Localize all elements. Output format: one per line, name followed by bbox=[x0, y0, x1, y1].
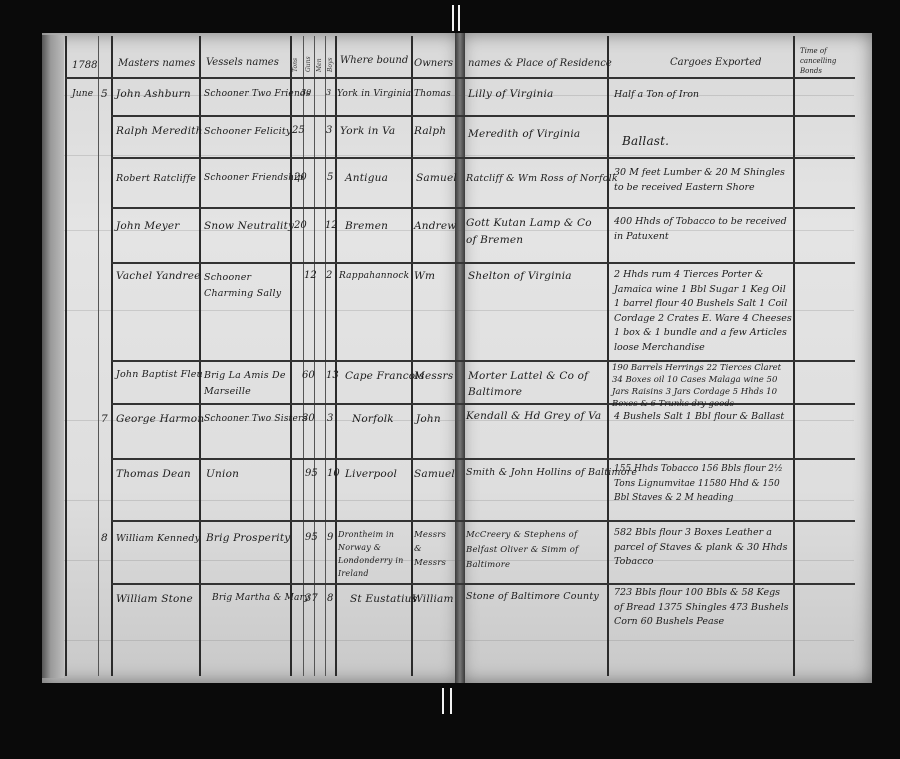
entry-owner: John bbox=[416, 413, 441, 426]
header-guns: Guns bbox=[305, 56, 312, 72]
entry-residence: Shelton of Virginia bbox=[468, 270, 572, 283]
entry-where-bound: St Eustatius bbox=[350, 593, 417, 606]
entry-owner: Thomas bbox=[414, 88, 451, 101]
entry-master: William Stone bbox=[116, 593, 193, 606]
entry-men: 13 bbox=[326, 370, 339, 381]
header-vessels-names: Vessels names bbox=[206, 57, 279, 68]
entry-where-bound: Antigua bbox=[345, 172, 388, 185]
entry-tons: 25 bbox=[292, 125, 305, 136]
bottom-frame-mark-right bbox=[450, 688, 452, 714]
entry-owner: Wm bbox=[414, 270, 435, 283]
entry-vessel: Schooner Felicity bbox=[204, 125, 291, 138]
entry-master: George Harmon bbox=[116, 413, 204, 426]
entry-tons: 20 bbox=[294, 172, 307, 183]
entry-where-bound: Norfolk bbox=[352, 413, 394, 426]
entry-vessel: Brig Prosperity bbox=[206, 532, 290, 545]
entry-where-bound: Liverpool bbox=[345, 468, 397, 481]
entry-where-bound: York in Virginia bbox=[337, 88, 411, 101]
entry-month: June bbox=[72, 88, 93, 101]
entry-cargo: 190 Barrels Herrings 22 Tierces Claret 3… bbox=[612, 362, 790, 410]
header-masters-names: Masters names bbox=[118, 58, 195, 69]
entry-vessel: Schooner Two Sisters bbox=[204, 413, 307, 426]
book-spine bbox=[455, 33, 465, 683]
entry-residence: Stone of Baltimore County bbox=[466, 590, 599, 603]
entry-cargo: Ballast. bbox=[622, 135, 669, 148]
entry-tons: 20 bbox=[294, 220, 307, 231]
entry-cargo: 400 Hhds of Tobacco to be received in Pa… bbox=[614, 215, 792, 244]
entry-master: Ralph Meredith bbox=[116, 125, 203, 138]
entry-tons: 37 bbox=[305, 593, 318, 604]
entry-master: John Baptist Fleu bbox=[116, 368, 203, 381]
entry-cargo: 2 Hhds rum 4 Tierces Porter & Jamaica wi… bbox=[614, 268, 792, 355]
entry-cargo: 4 Bushels Salt 1 Bbl flour & Ballast bbox=[614, 410, 792, 425]
entry-men: 3 bbox=[326, 88, 331, 97]
entry-where-bound: Drontheim in Norway & Londonderry in Ire… bbox=[338, 528, 410, 580]
header-where-bound: Where bound bbox=[340, 55, 408, 66]
entry-master: William Kennedy bbox=[116, 532, 200, 545]
entry-tons: 30 bbox=[302, 413, 315, 424]
bottom-frame-mark-left bbox=[442, 688, 444, 714]
entry-where-bound: Rappahannock bbox=[339, 270, 409, 283]
header-boys: Boys bbox=[327, 58, 334, 73]
entry-master: Robert Ratcliffe bbox=[116, 172, 196, 185]
entry-residence: Ratcliff & Wm Ross of Norfolk bbox=[466, 172, 618, 185]
entry-tons: 12 bbox=[304, 270, 317, 281]
header-cargoes-exported: Cargoes Exported bbox=[670, 57, 762, 68]
entry-master: John Meyer bbox=[116, 220, 180, 233]
entry-where-bound: York in Va bbox=[340, 125, 395, 138]
entry-owner: William bbox=[412, 593, 454, 606]
entry-where-bound: Bremen bbox=[345, 220, 388, 233]
entry-residence: Meredith of Virginia bbox=[468, 128, 580, 141]
entry-master: John Ashburn bbox=[116, 88, 191, 101]
entry-residence: McCreery & Stephens of Belfast Oliver & … bbox=[466, 528, 606, 573]
entry-tons: 30 bbox=[301, 88, 311, 97]
entry-vessel: Schooner Charming Sally bbox=[204, 270, 284, 302]
entry-tons: 95 bbox=[305, 532, 318, 543]
entry-master: Vachel Yandree bbox=[116, 270, 201, 283]
entry-tons: 60 bbox=[302, 370, 315, 381]
entry-day: 5 bbox=[101, 88, 108, 101]
top-frame-mark-left bbox=[452, 5, 454, 31]
entry-cargo: 582 Bbls flour 3 Boxes Leather a parcel … bbox=[614, 526, 792, 570]
entry-owner: Ralph bbox=[414, 125, 446, 138]
entry-vessel: Brig La Amis De Marseille bbox=[204, 368, 288, 400]
entry-cargo: 155 Hhds Tobacco 156 Bbls flour 2½ Tons … bbox=[614, 462, 792, 506]
entry-owner: Andrew bbox=[414, 220, 457, 233]
entry-cargo: 723 Bbls flour 100 Bbls & 58 Kegs of Bre… bbox=[614, 586, 792, 630]
entry-men: 3 bbox=[326, 125, 332, 136]
entry-men: 12 bbox=[325, 220, 338, 231]
entry-men: 10 bbox=[327, 468, 340, 479]
entry-cargo: 30 M feet Lumber & 20 M Shingles to be r… bbox=[614, 166, 792, 195]
entry-vessel: Union bbox=[206, 468, 239, 481]
entry-owner: Samuel bbox=[416, 172, 457, 185]
entry-vessel: Snow Neutrality bbox=[204, 220, 294, 233]
entry-men: 9 bbox=[327, 532, 333, 543]
entry-residence: Kendall & Hd Grey of Va bbox=[466, 410, 601, 423]
entry-men: 8 bbox=[327, 593, 333, 604]
entry-vessel: Brig Martha & Mary bbox=[212, 592, 309, 605]
entry-vessel: Schooner Two Friends bbox=[204, 88, 311, 101]
header-residence: names & Place of Residence bbox=[468, 58, 612, 69]
entry-residence: Lilly of Virginia bbox=[468, 88, 554, 101]
entry-men: 2 bbox=[326, 270, 332, 281]
entry-owner: Messrs & Messrs bbox=[414, 528, 454, 570]
header-tons: Tons bbox=[292, 58, 299, 72]
entry-men: 3 bbox=[327, 413, 333, 424]
header-cancel-bonds: Time of cancelling Bonds bbox=[800, 46, 850, 76]
page-edges bbox=[42, 35, 64, 678]
entry-tons: 95 bbox=[305, 468, 318, 479]
entry-owner: Samuel bbox=[414, 468, 455, 481]
entry-owner: Messrs bbox=[414, 370, 453, 383]
entry-residence: Smith & John Hollins of Baltimore bbox=[466, 466, 637, 479]
top-frame-mark-right bbox=[458, 5, 460, 31]
entry-master: Thomas Dean bbox=[116, 468, 191, 481]
entry-men: 5 bbox=[327, 172, 333, 183]
entry-residence: Morter Lattel & Co of Baltimore bbox=[468, 368, 598, 400]
header-owners: Owners bbox=[414, 58, 453, 69]
header-men: Men bbox=[316, 58, 323, 72]
entry-day: 8 bbox=[101, 532, 108, 545]
entry-where-bound: Cape Francois bbox=[345, 370, 424, 383]
entry-day: 7 bbox=[101, 413, 108, 426]
entry-residence: Gott Kutan Lamp & Co of Bremen bbox=[466, 215, 596, 249]
entry-vessel: Schooner Friendship bbox=[204, 172, 303, 185]
header-year: 1788 bbox=[72, 60, 97, 71]
entry-cargo: Half a Ton of Iron bbox=[614, 88, 792, 103]
